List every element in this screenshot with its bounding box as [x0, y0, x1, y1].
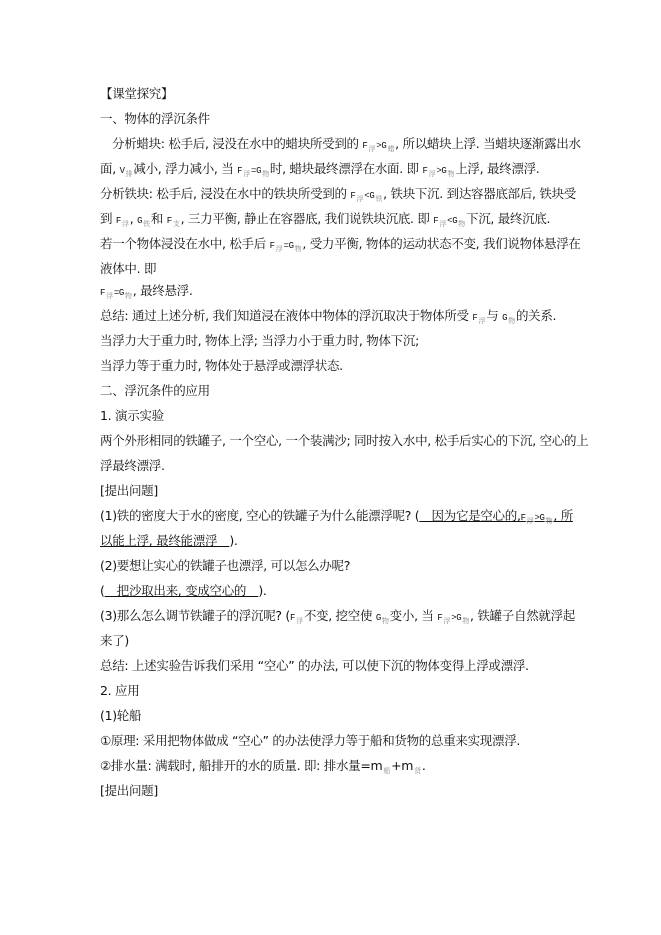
- suspend-line3: F浮=G物, 最终悬浮.: [100, 283, 193, 304]
- answer-blank: 把沙取出来, 变成空心的: [105, 583, 259, 598]
- question1-line2: 以能上浮, 最终能漂浮 ).: [100, 533, 238, 549]
- text: ②排水量: 满载时, 船排开的水的质量. 即: 排水量=m: [100, 758, 382, 773]
- subscript: 物: [458, 220, 465, 228]
- text: 变小, 当: [390, 608, 434, 623]
- symbol: V: [120, 166, 125, 176]
- symbol: F: [270, 241, 275, 251]
- part1-title: 一、物体的浮沉条件: [100, 111, 210, 127]
- text: 总结: 通过上述分析, 我们知道浸在液体中物体的浮沉取决于物体所受: [100, 308, 469, 323]
- symbol: F: [433, 216, 438, 226]
- subscript: 物: [546, 517, 553, 525]
- subscript: 物: [448, 170, 455, 178]
- subscript: 排: [126, 170, 133, 178]
- text: ).: [229, 533, 237, 548]
- text: 分析蜡块: 松手后, 浸没在水中的蜡块所受到的: [112, 136, 359, 151]
- subscript: 物: [262, 170, 269, 178]
- text: (3)那么怎么调节铁罐子的浮沉呢? (: [100, 608, 290, 623]
- subscript: 浮: [122, 220, 129, 228]
- subscript: 浮: [276, 245, 283, 253]
- text: (1)铁的密度大于水的密度, 空心的铁罐子为什么能漂浮呢? (: [100, 508, 419, 523]
- text: 若一个物体浸没在水中, 松手后: [100, 236, 266, 251]
- text: , 铁块下沉. 到达容器底部后, 铁块受: [383, 186, 576, 201]
- demo-line1: 两个外形相同的铁罐子, 一个空心, 一个装满沙; 同时按入水中, 松手后实心的下…: [100, 433, 588, 449]
- symbol: F: [437, 613, 442, 623]
- subscript: 铁: [143, 220, 150, 228]
- subscript: 浮: [106, 292, 113, 300]
- question2-answer: ( 把沙取出来, 变成空心的 ).: [100, 583, 267, 599]
- text: , 受力平衡, 物体的运动状态不变, 我们说物体悬浮在: [302, 236, 580, 251]
- text: , 铁罐子自然就浮起: [470, 608, 575, 623]
- symbol: G: [456, 613, 461, 623]
- subscript: 浮: [479, 317, 486, 325]
- summary1-line2: 当浮力大于重力时, 物体上浮; 当浮力小于重力时, 物体下沉;: [100, 333, 419, 349]
- symbol: G: [137, 216, 142, 226]
- subscript: 支: [173, 220, 180, 228]
- subscript: 船: [383, 767, 390, 775]
- wax-analysis-line2: 面, V排减小, 浮力减小, 当 F浮=G物时, 蜡块最终漂浮在水面. 即 F浮…: [100, 161, 539, 182]
- symbol: G: [376, 613, 381, 623]
- principle: ①原理: 采用把物体做成 “空心” 的办法使浮力等于船和货物的总重来实现漂浮.: [100, 733, 520, 749]
- question3-line2: 来了): [100, 633, 129, 649]
- symbol: F: [350, 191, 355, 201]
- text: 所以蜡块上浮. 当蜡块逐渐露出水: [403, 136, 581, 151]
- ship-title: (1)轮船: [100, 708, 141, 724]
- symbol: F: [521, 513, 526, 523]
- subscript: 铁: [375, 195, 382, 203]
- iron-analysis-line1: 分析铁块: 松手后, 浸没在水中的铁块所受到的 F浮<G铁, 铁块下沉. 到达容…: [100, 186, 576, 207]
- symbol: F: [362, 141, 367, 151]
- subscript: 浮: [357, 195, 364, 203]
- text: +m: [391, 758, 413, 773]
- symbol: G: [119, 288, 124, 298]
- text: 到: [100, 211, 112, 226]
- symbol: G: [452, 216, 457, 226]
- symbol: F: [290, 613, 295, 623]
- summary1-line1: 总结: 通过上述分析, 我们知道浸在液体中物体的浮沉取决于物体所受 F浮与 G物…: [100, 308, 556, 329]
- section-header: 【课堂探究】: [100, 86, 173, 102]
- text: 和: [151, 211, 163, 226]
- text: ).: [258, 583, 266, 598]
- subscript: 蜡: [387, 145, 394, 153]
- subscript: 浮: [243, 170, 250, 178]
- text: , 最终悬浮.: [133, 283, 193, 298]
- symbol: F: [167, 216, 172, 226]
- text: , 三力平衡, 静止在容器底, 我们说铁块沉底. 即: [181, 211, 430, 226]
- answer-blank: 因为它是空心的,F浮>G物, 所: [419, 508, 573, 523]
- subscript: 物: [295, 245, 302, 253]
- symbol: G: [441, 166, 446, 176]
- subscript: 浮: [296, 617, 303, 625]
- wax-analysis-line1: 分析蜡块: 松手后, 浸没在水中的蜡块所受到的 F浮>G蜡, 所以蜡块上浮. 当…: [100, 136, 581, 157]
- suspend-line1: 若一个物体浸没在水中, 松手后 F浮=G物, 受力平衡, 物体的运动状态不变, …: [100, 236, 581, 257]
- text: .: [422, 758, 426, 773]
- text: 减小, 浮力减小, 当: [133, 161, 233, 176]
- subscript: 物: [382, 617, 389, 625]
- text: 分析铁块: 松手后, 浸没在水中的铁块所受到的: [100, 186, 347, 201]
- summary2: 总结: 上述实验告诉我们采用 “空心” 的办法, 可以使下沉的物体变得上浮或漂浮…: [100, 658, 529, 674]
- subscript: 物: [125, 292, 132, 300]
- answer-blank: 以能上浮, 最终能漂浮: [100, 533, 229, 548]
- subscript: 浮: [429, 170, 436, 178]
- subscript: 浮: [439, 220, 446, 228]
- subscript: 物: [462, 617, 469, 625]
- text: 的关系.: [516, 308, 556, 323]
- text: 因为它是空心的,: [419, 508, 520, 523]
- question-label: [提出问题]: [100, 483, 158, 499]
- symbol: F: [100, 288, 105, 298]
- question1-line1: (1)铁的密度大于水的密度, 空心的铁罐子为什么能漂浮呢? ( 因为它是空心的,…: [100, 508, 573, 529]
- symbol: G: [369, 191, 374, 201]
- symbol: G: [540, 513, 545, 523]
- iron-analysis-line2: 到 F浮, G铁和 F支, 三力平衡, 静止在容器底, 我们说铁块沉底. 即 F…: [100, 211, 550, 232]
- question2: (2)要想让实心的铁罐子也漂浮, 可以怎么办呢?: [100, 558, 350, 574]
- text: 时, 蜡块最终漂浮在水面. 即: [270, 161, 419, 176]
- symbol: F: [472, 313, 477, 323]
- demo-line2: 浮最终漂浮.: [100, 458, 165, 474]
- subscript: 浮: [369, 145, 376, 153]
- subscript: 浮: [527, 517, 534, 525]
- application-title: 2. 应用: [100, 683, 139, 699]
- symbol: G: [289, 241, 294, 251]
- suspend-line2: 液体中. 即: [100, 261, 156, 277]
- text: 与: [486, 308, 498, 323]
- symbol: F: [237, 166, 242, 176]
- subscript: 物: [508, 317, 515, 325]
- text: 不变, 挖空使: [304, 608, 372, 623]
- demo-title: 1. 演示实验: [100, 408, 164, 424]
- subscript: 浮: [443, 617, 450, 625]
- displacement: ②排水量: 满载时, 船排开的水的质量. 即: 排水量=m船+m货.: [100, 758, 426, 779]
- part2-title: 二、浮沉条件的应用: [100, 383, 210, 399]
- symbol: G: [502, 313, 507, 323]
- text: 面,: [100, 161, 116, 176]
- summary1-line3: 当浮力等于重力时, 物体处于悬浮或漂浮状态.: [100, 358, 343, 374]
- subscript: 货: [414, 767, 421, 775]
- text: 下沉, 最终沉底.: [466, 211, 550, 226]
- symbol: F: [423, 166, 428, 176]
- question3-line1: (3)那么怎么调节铁罐子的浮沉呢? (F浮不变, 挖空使 G物变小, 当 F浮>…: [100, 608, 575, 629]
- text: , 所: [553, 508, 573, 523]
- question-label-2: [提出问题]: [100, 783, 158, 799]
- symbol: F: [116, 216, 121, 226]
- text: 上浮, 最终漂浮.: [455, 161, 539, 176]
- symbol: G: [381, 141, 386, 151]
- symbol: G: [256, 166, 261, 176]
